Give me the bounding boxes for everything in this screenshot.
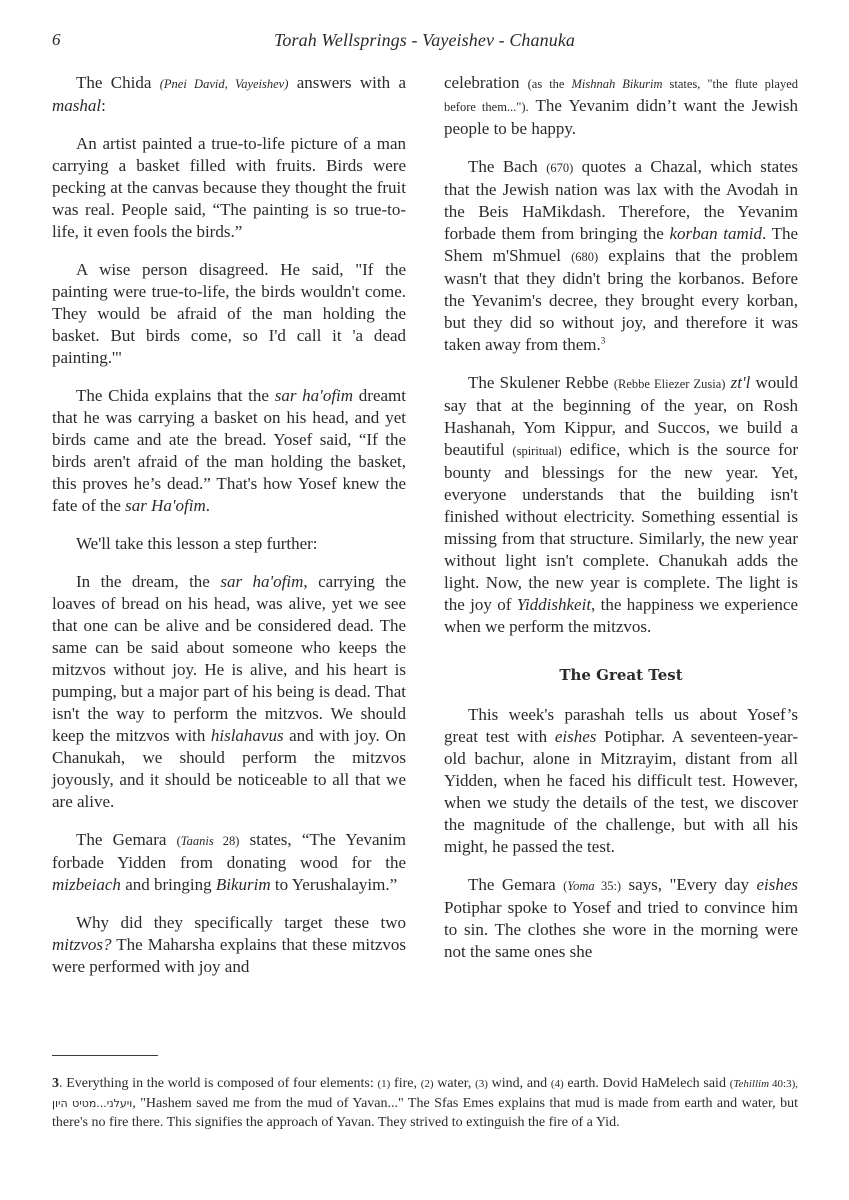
hebrew-quote: ויעלני...מטיט היון	[52, 1097, 132, 1110]
text: Tehillim	[733, 1078, 769, 1090]
term: sar Ha'ofim	[125, 496, 206, 515]
paragraph: The Bach (670) quotes a Chazal, which st…	[444, 156, 798, 356]
footnote: 3. Everything in the world is composed o…	[52, 1074, 798, 1132]
term: eishes	[756, 875, 798, 894]
term: zt'l	[731, 373, 751, 392]
text: fire,	[390, 1076, 420, 1091]
list-marker: (1)	[377, 1078, 390, 1090]
running-head: 6 Torah Wellsprings - Vayeishev - Chanuk…	[0, 30, 849, 54]
text: Why did they specifically target these t…	[76, 913, 406, 932]
text: The Bach	[468, 157, 546, 176]
text: . Everything in the world is composed of…	[59, 1076, 377, 1091]
term: sar ha'ofim	[275, 386, 353, 405]
paragraph: The Gemara (Yoma 35:) says, "Every day e…	[444, 874, 798, 963]
text: Mishnah Bikurim	[571, 77, 662, 91]
right-column: celebration (as the Mishnah Bikurim stat…	[444, 72, 798, 979]
text: The Gemara	[76, 830, 177, 849]
text: Taanis	[181, 834, 214, 848]
term: korban tamid	[669, 224, 762, 243]
citation: (Rebbe Eliezer Zusia)	[614, 377, 726, 391]
footnote-ref[interactable]: 3	[601, 335, 606, 345]
term: mashal	[52, 96, 101, 115]
text: The Skulener Rebbe	[468, 373, 614, 392]
term: Bikurim	[216, 875, 271, 894]
text: earth. Dovid HaMelech said	[564, 1076, 730, 1091]
text: (as the	[528, 77, 572, 91]
footnote-divider	[52, 1055, 158, 1056]
text: In the dream, the	[76, 572, 220, 591]
text: dreamt that he was carrying a basket on …	[52, 386, 406, 515]
paragraph: The Chida explains that the sar ha'ofim …	[52, 385, 406, 517]
text: edifice, which is the source for bounty …	[444, 440, 798, 614]
text: to Yerushalayim.”	[271, 875, 398, 894]
citation: (670)	[546, 161, 573, 175]
text: says, "Every day	[621, 875, 756, 894]
term: mitzvos?	[52, 935, 112, 954]
text: , "Hashem saved me from the mud of Yavan…	[52, 1096, 798, 1130]
term: Yiddishkeit	[517, 595, 591, 614]
paragraph: Why did they specifically target these t…	[52, 912, 406, 978]
text: The Chida explains that the	[76, 386, 275, 405]
text: wind, and	[488, 1076, 551, 1091]
left-column: The Chida (Pnei David, Vayeishev) answer…	[52, 72, 406, 994]
running-title: Torah Wellsprings - Vayeishev - Chanuka	[0, 30, 849, 51]
paragraph: The Gemara (Taanis 28) states, “The Yeva…	[52, 829, 406, 896]
paragraph: We'll take this lesson a step further:	[52, 533, 406, 555]
paragraph: This week's parashah tells us about Yose…	[444, 704, 798, 858]
term: eishes	[555, 727, 597, 746]
text: Potiphar. A seventeen-year-old bachur, a…	[444, 727, 798, 856]
citation: (Yoma 35:)	[563, 879, 621, 893]
text: answers with a	[288, 73, 406, 92]
list-marker: (4)	[551, 1078, 564, 1090]
text: .	[206, 496, 210, 515]
text: 35:)	[595, 879, 621, 893]
paragraph: An artist painted a true-to-life picture…	[52, 133, 406, 243]
citation: (Pnei David, Vayeishev)	[160, 77, 289, 91]
paragraph: The Skulener Rebbe (Rebbe Eliezer Zusia)…	[444, 372, 798, 638]
text: :	[101, 96, 106, 115]
text: Potiphar spoke to Yosef and tried to con…	[444, 898, 798, 961]
citation: (Taanis 28)	[177, 834, 240, 848]
list-marker: (2)	[421, 1078, 434, 1090]
paragraph: celebration (as the Mishnah Bikurim stat…	[444, 72, 798, 140]
list-marker: (3)	[475, 1078, 488, 1090]
text: Yoma	[567, 879, 594, 893]
paragraph: In the dream, the sar ha'ofim, carrying …	[52, 571, 406, 813]
text: water,	[434, 1076, 476, 1091]
text: and bringing	[121, 875, 216, 894]
text: 40:3),	[769, 1078, 798, 1090]
text: The Gemara	[468, 875, 563, 894]
citation: (spiritual)	[512, 444, 561, 458]
paragraph: The Chida (Pnei David, Vayeishev) answer…	[52, 72, 406, 117]
text: , carrying the loaves of bread on his he…	[52, 572, 406, 745]
text: celebration	[444, 73, 528, 92]
term: mizbeiach	[52, 875, 121, 894]
term: sar ha'ofim	[220, 572, 303, 591]
footnote-number: 3	[52, 1076, 59, 1091]
text: 28)	[214, 834, 240, 848]
text: The Chida	[76, 73, 160, 92]
term: hislahavus	[211, 726, 284, 745]
paragraph: A wise person disagreed. He said, "If th…	[52, 259, 406, 369]
citation: (Tehillim 40:3),	[730, 1078, 798, 1090]
section-heading: The Great Test	[444, 664, 798, 686]
citation: (680)	[571, 250, 598, 264]
